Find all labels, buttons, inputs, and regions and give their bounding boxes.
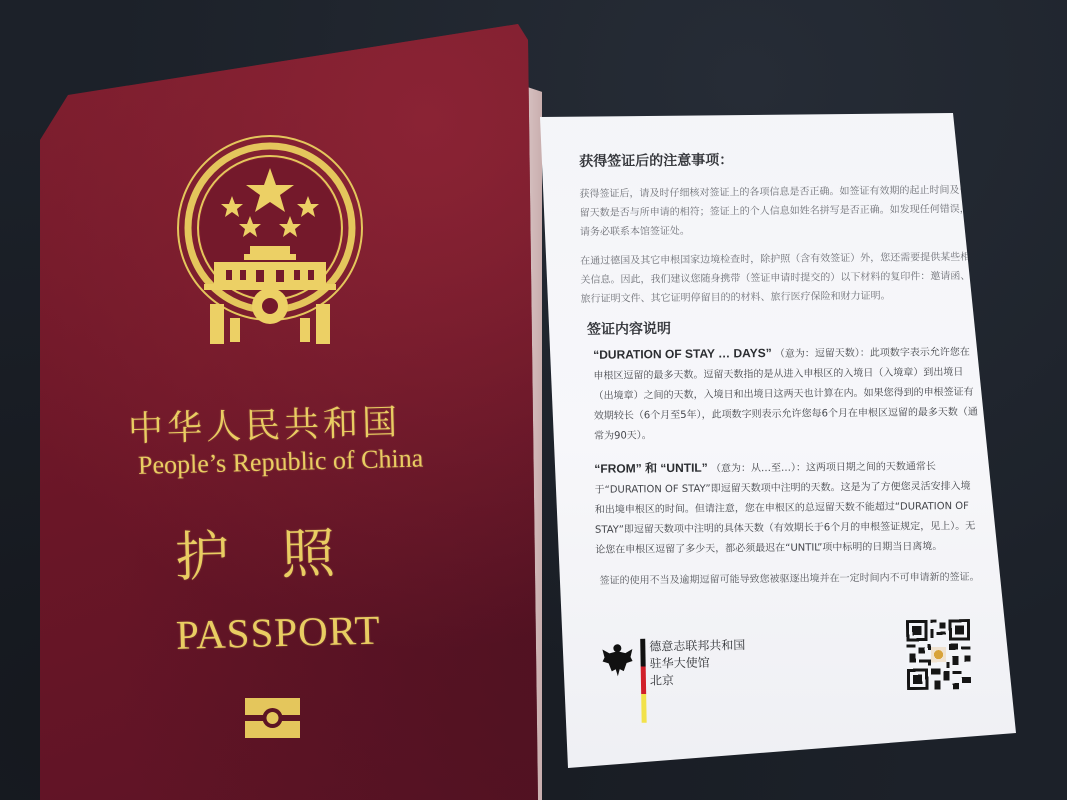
federal-eagle-icon <box>601 641 634 678</box>
biometric-chip-icon <box>245 698 300 738</box>
embassy-footer: 德意志联邦共和国 驻华大使馆 北京 <box>601 625 1003 742</box>
definition-item: “DURATION OF STAY … DAYS” （意为：逗留天数）：此项数字… <box>593 341 979 447</box>
german-flag-bar <box>640 639 646 723</box>
section-title: 签证内容说明 <box>587 315 977 339</box>
country-name-chinese: 中华人民共和国 <box>127 394 428 452</box>
embassy-line: 驻华大使馆 <box>649 654 745 673</box>
embassy-line: 德意志联邦共和国 <box>649 637 745 656</box>
paragraph: 获得签证后，请及时仔细核对签证上的各项信息是否正确。如签证有效期的起止时间及停留… <box>579 181 976 242</box>
card-content: 获得签证后的注意事项： 获得签证后，请及时仔细核对签证上的各项信息是否正确。如签… <box>575 141 980 591</box>
country-name-english: People’s Republic of China <box>138 443 439 481</box>
warning-note: 签证的使用不当及逾期逗留可能导致您被驱逐出境并在一定时间内不可申请新的签证。 <box>599 569 979 591</box>
definition-term: “FROM” 和 “UNTIL” <box>594 461 707 476</box>
passport-title-english: PASSPORT <box>175 605 396 659</box>
embassy-name: 德意志联邦共和国 驻华大使馆 北京 <box>649 637 746 690</box>
photo-scene: 中华人民共和国 People’s Republic of China 护照 PA… <box>0 0 1067 800</box>
paragraph: 在通过德国及其它申根国家边境检查时，除护照（含有效签证）外，您还需要提供某些相关… <box>580 248 977 309</box>
definition-text: （意为：从…至…）：这两项日期之间的天数通常长于“DURATION OF STA… <box>595 461 976 556</box>
qr-code-icon <box>906 619 971 690</box>
embassy-line: 北京 <box>650 671 746 690</box>
definition-term: “DURATION OF STAY … DAYS” <box>593 346 772 362</box>
passport-title-chinese: 护照 <box>174 509 396 592</box>
national-emblem-icon <box>170 128 370 348</box>
card-title: 获得签证后的注意事项： <box>579 147 975 171</box>
definition-item: “FROM” 和 “UNTIL” （意为：从…至…）：这两项日期之间的天数通常长… <box>594 455 980 561</box>
